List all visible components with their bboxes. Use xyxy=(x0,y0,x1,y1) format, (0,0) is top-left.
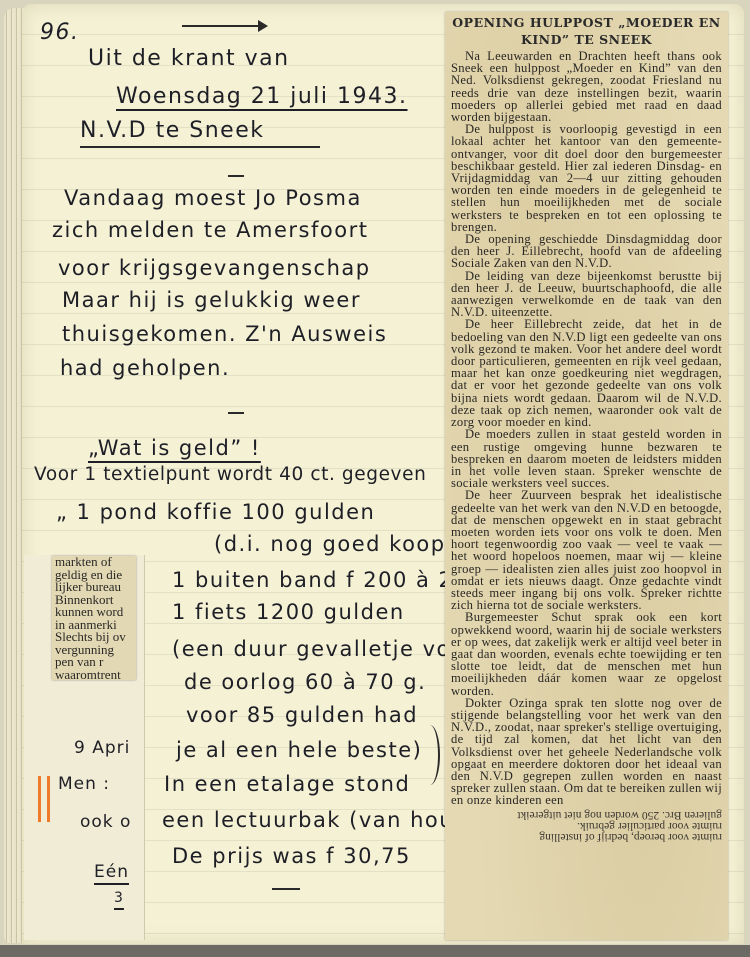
upside-line: ruimte voor beroep, bedrijf of instellin… xyxy=(451,831,722,842)
entry1-line: voor krijgsgevangenschap xyxy=(58,256,371,280)
entry1-line: Vandaag moest Jo Posma xyxy=(64,186,362,210)
article-paragraph: De hulppost is voorloopig gevestigd in e… xyxy=(451,123,722,233)
underpage-line: ook o xyxy=(80,812,131,832)
entry1-line: zich melden te Amersfoort xyxy=(52,218,368,242)
arrow-right-icon xyxy=(182,20,268,30)
header-date: Woensdag 21 juli 1943. xyxy=(116,84,408,109)
notebook-spread: 96. Uit de krant van Woensdag 21 juli 19… xyxy=(0,0,750,945)
article-paragraph: De leiding van deze bijeenkomst berustte… xyxy=(451,270,722,319)
article-paragraph: Burgemeester Schut sprak ook een kort op… xyxy=(451,611,722,696)
red-pencil-mark xyxy=(38,776,50,822)
header-source: Uit de krant van xyxy=(88,46,290,71)
article-paragraph: De heer Zuurveen besprak het idealistisc… xyxy=(451,489,722,611)
entry2-line: In een etalage stond xyxy=(164,772,410,796)
newspaper-clipping-small: markten of geldig en die lijker bureau B… xyxy=(52,556,136,680)
page-number: 96. xyxy=(40,20,80,45)
bracket-mark xyxy=(420,725,440,785)
underpage-line: 9 Apri xyxy=(74,738,130,758)
entry2-title: „Wat is geld” ! xyxy=(88,436,261,460)
entry2-line: een lectuurbak (van hout) xyxy=(162,808,474,832)
separator-dash xyxy=(228,175,244,177)
article-paragraph: De opening geschiedde Dinsdagmiddag door… xyxy=(451,233,722,270)
entry1-line: had geholpen. xyxy=(60,356,230,380)
underpage-line: Men : xyxy=(58,774,110,794)
article-paragraph: De moeders zullen in staat gesteld worde… xyxy=(451,428,722,489)
upside-line: gulieren Brc. 250 worden nog niet uitger… xyxy=(451,809,722,820)
entry1-line: thuisgekomen. Z'n Ausweis xyxy=(62,322,387,346)
entry2-line: de oorlog 60 à 70 g. xyxy=(184,670,426,694)
clipping-line: waaromtrent xyxy=(55,669,136,681)
separator-dash xyxy=(228,412,244,414)
entry1-line: Maar hij is gelukkig weer xyxy=(62,288,361,312)
article-paragraph: Dokter Ozinga sprak ten slotte nog over … xyxy=(451,697,722,807)
newspaper-clipping-article: OPENING HULPPOST „MOEDER EN KIND” TE SNE… xyxy=(445,12,728,940)
underpage-line: Eén xyxy=(94,862,129,882)
entry2-line: Voor 1 textielpunt wordt 40 ct. gegeven xyxy=(34,464,426,485)
entry2-line: 1 fiets 1200 gulden xyxy=(172,600,405,624)
entry2-line: je al een hele beste) xyxy=(176,738,422,762)
article-paragraph: Na Leeuwarden en Drachten heeft thans oo… xyxy=(451,50,722,123)
underpage-line: 3 xyxy=(114,890,124,906)
entry2-line: voor 85 gulden had xyxy=(186,703,418,727)
entry2-line: „ 1 pond koffie 100 gulden xyxy=(56,500,375,524)
entry2-line: De prijs was f 30,75 xyxy=(172,844,411,868)
article-headline: OPENING HULPPOST „MOEDER EN KIND” TE SNE… xyxy=(451,14,722,48)
header-title: N.V.D te Sneek xyxy=(80,118,264,143)
article-paragraph: De heer Eillebrecht zeide, dat het in de… xyxy=(451,318,722,428)
upside-line: ruimte voor particulier gebruik. xyxy=(451,820,722,831)
entry2-line: 1 buiten band f 200 à 250. xyxy=(172,568,491,592)
header-underline xyxy=(80,146,320,148)
upside-down-text: ruimte voor beroep, bedrijf of instellin… xyxy=(451,809,722,842)
separator-dash xyxy=(272,888,300,890)
entry2-line: (d.i. nog goed koop!) xyxy=(214,532,465,556)
entry2-line: (een duur gevalletje voor xyxy=(172,637,475,661)
